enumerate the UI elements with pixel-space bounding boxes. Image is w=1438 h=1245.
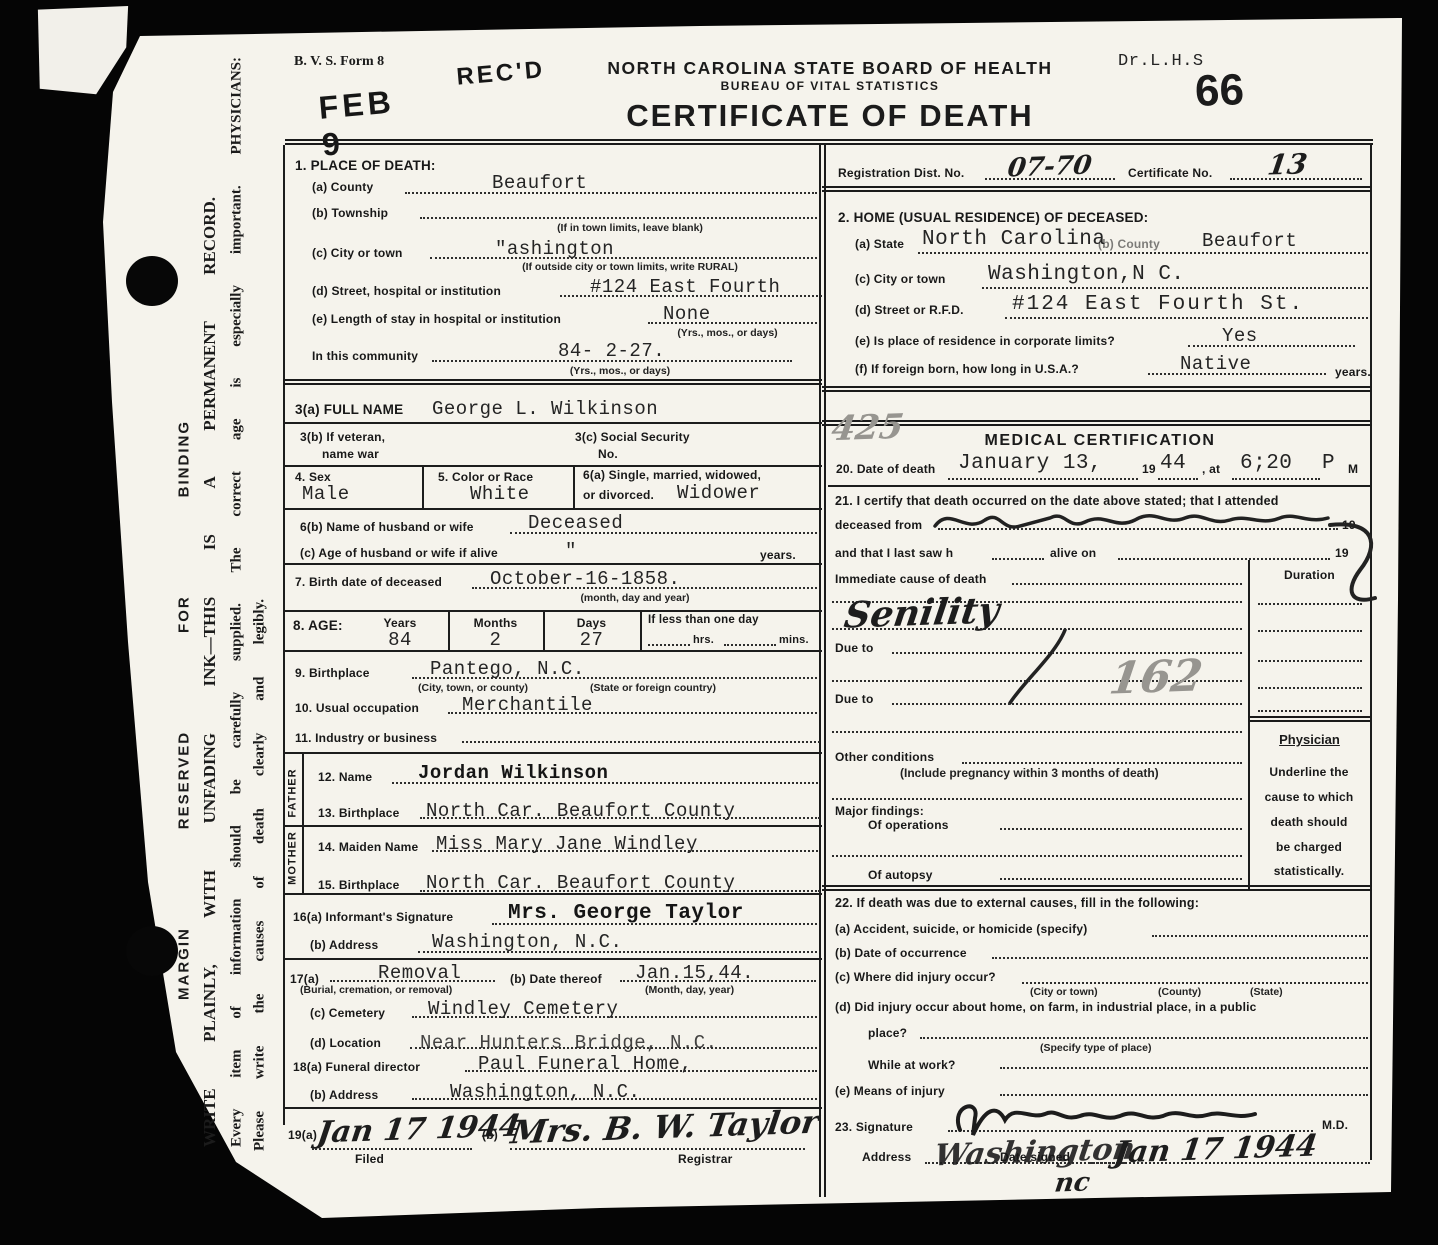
other-conditions-label: Other conditions: [835, 750, 934, 764]
fullname-label: 3(a) FULL NAME: [295, 402, 403, 418]
age-mins-line: [724, 644, 776, 646]
mother-bp-label: 15. Birthplace: [318, 878, 400, 892]
header-title: CERTIFICATE OF DEATH: [540, 98, 1120, 134]
county-line: [405, 192, 817, 194]
age-table-top-rule: [283, 610, 822, 612]
disposal-date-label: (b) Date thereof: [510, 972, 602, 986]
fd-addr-label: (b) Address: [310, 1088, 378, 1102]
disposal-value: Removal: [378, 962, 461, 984]
veteran-rule: [283, 465, 822, 467]
external-c-line: [1022, 982, 1368, 984]
certify-h-line: [992, 558, 1044, 560]
age-div3: [640, 610, 642, 650]
home-foreign-label: (f) If foreign born, how long in U.S.A.?: [855, 362, 1079, 376]
immediate-cause-line: [1012, 583, 1242, 585]
death-date-line2: [1158, 478, 1198, 480]
sex-row-rule: [283, 508, 822, 510]
med-top-rule: [822, 420, 1372, 426]
death-time-value: 6;20: [1240, 452, 1292, 475]
township-label: (b) Township: [312, 206, 388, 220]
marital-label: 6(a) Single, married, widowed,: [583, 468, 761, 482]
address-handwriting-state: nc: [1053, 1167, 1092, 1198]
date-signed-label: Date signed: [1000, 1150, 1070, 1164]
fd-value: Paul Funeral Home,: [478, 1053, 692, 1075]
column-divider: [819, 145, 826, 1197]
sex-value: Male: [302, 483, 350, 505]
home-county-label: (b) County: [1098, 237, 1160, 251]
certify-alive-line: [1118, 558, 1330, 560]
home-corporate-line: [1188, 345, 1355, 347]
race-divider: [573, 465, 575, 508]
birthdate-label: 7. Birth date of deceased: [295, 575, 442, 589]
margin-permanent-record-text: WRITE PLAINLY, WITH UNFADING INK—THIS IS…: [200, 197, 220, 1147]
date-signed-handwriting: Jan 17 1944: [1112, 1128, 1320, 1170]
cause-of-death-handwriting: Senility: [842, 589, 1002, 636]
spouse-rule: [283, 563, 822, 565]
city-note: (If outside city or town limits, write R…: [440, 261, 820, 273]
cert-no-value: 13: [1266, 147, 1310, 181]
med-rule1: [828, 485, 1372, 487]
punch-hole-bottom: [126, 926, 178, 976]
certify-saw-label: and that I last saw h: [835, 546, 953, 560]
home-city-value: Washington,N C.: [988, 263, 1185, 286]
immediate-cause-label: Immediate cause of death: [835, 572, 987, 586]
death-time-line: [1232, 478, 1320, 480]
right-border: [1370, 145, 1372, 1160]
community-value: 84- 2-27.: [558, 340, 665, 362]
home-city-label: (c) City or town: [855, 272, 946, 286]
reg-rule: [822, 186, 1372, 192]
veteran-label: 3(b) If veteran,: [300, 430, 385, 444]
physician-text4: be charged: [1248, 840, 1370, 854]
place-of-death-heading: 1. PLACE OF DEATH:: [295, 158, 436, 174]
section1-rule: [283, 379, 822, 385]
county-value: Beaufort: [492, 172, 587, 194]
father-bp-value: North Car. Beaufort County: [426, 800, 735, 822]
home-county-value: Beaufort: [1202, 230, 1297, 252]
spouse-age-years: years.: [760, 548, 796, 562]
punch-hole-top: [126, 256, 178, 306]
other-conditions-line: [962, 762, 1242, 764]
home-city-line: [982, 287, 1368, 289]
street-label: (d) Street, hospital or institution: [312, 284, 501, 298]
industry-label: 11. Industry or business: [295, 731, 437, 745]
city-label: (c) City or town: [312, 246, 403, 260]
margin-binding-text: MARGIN RESERVED FOR BINDING: [176, 420, 193, 1000]
death-date-line1: [948, 478, 1138, 480]
cemetery-label: (c) Cemetery: [310, 1006, 385, 1020]
certify-alive-label: alive on: [1050, 546, 1096, 560]
father-side-label: FATHER: [286, 768, 299, 817]
of-operations-label: Of operations: [868, 818, 949, 832]
township-note: (If in town limits, leave blank): [455, 222, 805, 234]
reg-dist-value: 07-70: [1006, 151, 1094, 184]
death-date-value: January 13,: [958, 452, 1102, 475]
community-note: (Yrs., mos., or days): [455, 365, 785, 377]
birthplace-value: Pantego, N.C.: [430, 658, 585, 680]
form-number: B. V. S. Form 8: [294, 54, 384, 70]
informant-label: 16(a) Informant's Signature: [293, 910, 453, 924]
physician-text1: Underline the: [1248, 765, 1370, 779]
street-value: #124 East Fourth: [590, 276, 780, 298]
birthplace-note1: (City, town, or county): [418, 682, 528, 694]
birthplace-label: 9. Birthplace: [295, 666, 370, 680]
duration-bottom-rule: [1248, 716, 1370, 722]
death-date-19: 19: [1142, 462, 1156, 476]
external-b-line: [992, 957, 1368, 959]
duration-line1: [1258, 603, 1362, 605]
parents-bottom-rule: [283, 893, 822, 895]
external-a-label: (a) Accident, suicide, or homicide (spec…: [835, 922, 1087, 936]
age-heading: 8. AGE:: [293, 618, 343, 634]
mother-bp-value: North Car. Beaufort County: [426, 872, 735, 894]
filed-num: 19(a): [288, 1128, 317, 1142]
home-foreign-years: years.: [1335, 365, 1371, 379]
duration-line3: [1258, 660, 1362, 662]
of-operations-line: [1000, 828, 1242, 830]
age-hrs-line: [648, 644, 690, 646]
death-date-at: , at: [1202, 462, 1220, 476]
med-heading: MEDICAL CERTIFICATION: [900, 432, 1300, 450]
reg-dist-label: Registration Dist. No.: [838, 166, 964, 180]
external-d-label2: place?: [868, 1026, 907, 1040]
father-name-label: 12. Name: [318, 770, 372, 784]
fd-addr-value: Washington, N.C.: [450, 1081, 640, 1103]
doctor-annotation: Dr.L.H.S: [1118, 52, 1204, 71]
spouse-age-value: ": [565, 540, 577, 562]
certify-from-label: deceased from: [835, 518, 922, 532]
parents-label-divider: [302, 752, 304, 893]
cause-line6: [832, 855, 1242, 857]
home-corporate-label: (e) Is place of residence in corporate l…: [855, 334, 1115, 348]
mother-name-label: 14. Maiden Name: [318, 840, 418, 854]
due-to-label2: Due to: [835, 692, 874, 706]
disposal-top-rule: [283, 958, 822, 960]
age-days-value: 27: [543, 629, 640, 651]
birthdate-note: (month, day and year): [480, 592, 790, 604]
external-c-note1: (City or town): [1030, 986, 1098, 998]
external-c-label: (c) Where did injury occur?: [835, 970, 996, 984]
fullname-rule: [283, 422, 822, 424]
birthdate-value: October-16-1858.: [490, 568, 680, 590]
location-value: Near Hunters Bridge, N.C.: [420, 1032, 718, 1054]
spouse-age-label: (c) Age of husband or wife if alive: [300, 546, 498, 560]
birthplace-note2: (State or foreign country): [590, 682, 716, 694]
handwriting-flourish: [1320, 500, 1390, 620]
fd-label: 18(a) Funeral director: [293, 1060, 420, 1074]
address-label: Address: [862, 1150, 911, 1164]
occupation-value: Merchantile: [462, 694, 593, 716]
stay-label: (e) Length of stay in hospital or instit…: [312, 312, 561, 326]
md-label: M.D.: [1322, 1118, 1348, 1132]
due-to-label1: Due to: [835, 641, 874, 655]
ssn-label: 3(c) Social Security: [575, 430, 690, 444]
physician-text5: statistically.: [1248, 864, 1370, 878]
left-border: [283, 145, 285, 1125]
registrar-label: Registrar: [678, 1152, 733, 1166]
age-table-bottom-rule: [283, 650, 822, 652]
home-street-line: [1005, 317, 1368, 319]
physician-text3: death should: [1248, 815, 1370, 829]
external-heading: 22. If death was due to external causes,…: [835, 896, 1199, 911]
sex-divider: [422, 465, 424, 508]
margin-legibly-text: Please write the causes of death clearly…: [252, 599, 269, 1151]
age-mins-label: mins.: [779, 634, 809, 647]
duration-label: Duration: [1252, 568, 1367, 582]
filed-line: [312, 1148, 472, 1150]
physician-heading: Physician: [1252, 732, 1367, 747]
ssn-label2: No.: [598, 447, 618, 461]
header-bureau: BUREAU OF VITAL STATISTICS: [540, 79, 1120, 93]
veteran-label2: name war: [322, 447, 379, 461]
death-ampm-value: P: [1322, 452, 1335, 475]
mother-name-value: Miss Mary Jane Windley: [436, 833, 698, 855]
spouse-label: 6(b) Name of husband or wife: [300, 520, 474, 534]
age-less-label: If less than one day: [648, 614, 759, 628]
death-m-label: M: [1348, 462, 1358, 476]
home-bottom-rule: [822, 386, 1372, 392]
duration-line5: [1258, 710, 1362, 712]
cert-no-label: Certificate No.: [1128, 166, 1212, 180]
scanned-death-certificate: MARGIN RESERVED FOR BINDING WRITE PLAINL…: [0, 0, 1438, 1245]
cemetery-value: Windley Cemetery: [428, 998, 618, 1020]
age-hrs-label: hrs.: [693, 634, 714, 647]
torn-corner-fragment: [36, 6, 130, 96]
home-heading: 2. HOME (USUAL RESIDENCE) OF DECEASED:: [838, 210, 1148, 226]
disposal-date-value: Jan.15,44.: [635, 962, 754, 984]
age-months-value: 2: [448, 629, 543, 651]
home-state-label: (a) State: [855, 237, 904, 251]
home-state-line: [918, 252, 1368, 254]
mother-side-label: MOTHER: [286, 831, 299, 885]
home-foreign-value: Native: [1180, 353, 1251, 375]
marital-value: Widower: [677, 482, 760, 504]
marital-label2: or divorced.: [583, 488, 654, 502]
due-to-line2: [892, 703, 1242, 705]
spouse-value: Deceased: [528, 512, 623, 534]
duration-line2: [1258, 630, 1362, 632]
home-corporate-value: Yes: [1222, 325, 1258, 347]
handwriting-tail: [1005, 625, 1085, 710]
city-value: "ashington: [495, 238, 614, 260]
township-line: [420, 217, 817, 219]
file-number-stamp: 66: [1194, 65, 1245, 117]
disposal-date-note: (Month, day, year): [645, 984, 734, 996]
external-d-note: (Specify type of place): [1040, 1042, 1151, 1054]
city-line: [430, 257, 817, 259]
illegible-handwriting-scrawl: [930, 496, 1350, 546]
while-at-work-line: [1000, 1067, 1368, 1069]
external-d-line: [920, 1037, 1368, 1039]
external-d-label1: (d) Did injury occur about home, on farm…: [835, 1000, 1257, 1014]
med-bottom-rule: [822, 885, 1372, 891]
home-street-label: (d) Street or R.F.D.: [855, 303, 964, 317]
cause-line4: [832, 731, 1242, 733]
margin-physicians-text: Every item of information should be care…: [229, 57, 246, 1147]
stay-value: None: [663, 303, 711, 325]
informant-addr-value: Washington, N.C.: [432, 931, 622, 953]
death-date-label: 20. Date of death: [836, 462, 935, 476]
cause-line5: [832, 798, 1242, 800]
while-at-work-label: While at work?: [868, 1058, 955, 1072]
county-label: (a) County: [312, 180, 373, 194]
occupation-label: 10. Usual occupation: [295, 701, 419, 715]
major-findings-label: Major findings:: [835, 804, 924, 818]
location-label: (d) Location: [310, 1036, 381, 1050]
duration-line4: [1258, 687, 1362, 689]
parents-mid-rule: [283, 825, 822, 827]
external-b-label: (b) Date of occurrence: [835, 946, 967, 960]
external-c-note3: (State): [1250, 986, 1283, 998]
disposal-note: (Burial, cremation, or removal): [300, 984, 452, 996]
external-e-label: (e) Means of injury: [835, 1084, 945, 1098]
stamp-date: FEB 9: [317, 83, 399, 163]
filed-label: Filed: [355, 1152, 384, 1166]
external-a-line: [1152, 935, 1368, 937]
home-state-value: North Carolina: [922, 228, 1105, 251]
other-conditions-note: (Include pregnancy within 3 months of de…: [900, 766, 1159, 780]
industry-line: [462, 741, 820, 743]
father-name-value: Jordan Wilkinson: [418, 762, 608, 784]
pencil-number-425: 425: [829, 407, 906, 449]
physician-text2: cause to which: [1248, 790, 1370, 804]
filed-b-label: (b): [482, 1128, 498, 1142]
of-autopsy-line: [1000, 878, 1242, 880]
informant-addr-label: (b) Address: [310, 938, 378, 952]
parents-top-rule: [283, 752, 822, 754]
external-c-note2: (County): [1158, 986, 1201, 998]
death-date-yy: 44: [1160, 452, 1186, 475]
age-years-value: 84: [352, 629, 448, 651]
father-bp-label: 13. Birthplace: [318, 806, 400, 820]
of-autopsy-label: Of autopsy: [868, 868, 933, 882]
fullname-value: George L. Wilkinson: [432, 398, 658, 420]
header-rule: [285, 139, 1373, 145]
registrar-line: [510, 1148, 805, 1150]
community-label: In this community: [312, 349, 418, 363]
signature-label: 23. Signature: [835, 1120, 913, 1134]
stay-note: (Yrs., mos., or days): [640, 327, 815, 339]
race-value: White: [470, 483, 530, 505]
pencil-number-162: 162: [1106, 650, 1206, 704]
header-board: NORTH CAROLINA STATE BOARD OF HEALTH: [540, 58, 1120, 79]
home-street-value: #124 East Fourth St.: [1012, 293, 1304, 316]
informant-value: Mrs. George Taylor: [508, 902, 744, 925]
